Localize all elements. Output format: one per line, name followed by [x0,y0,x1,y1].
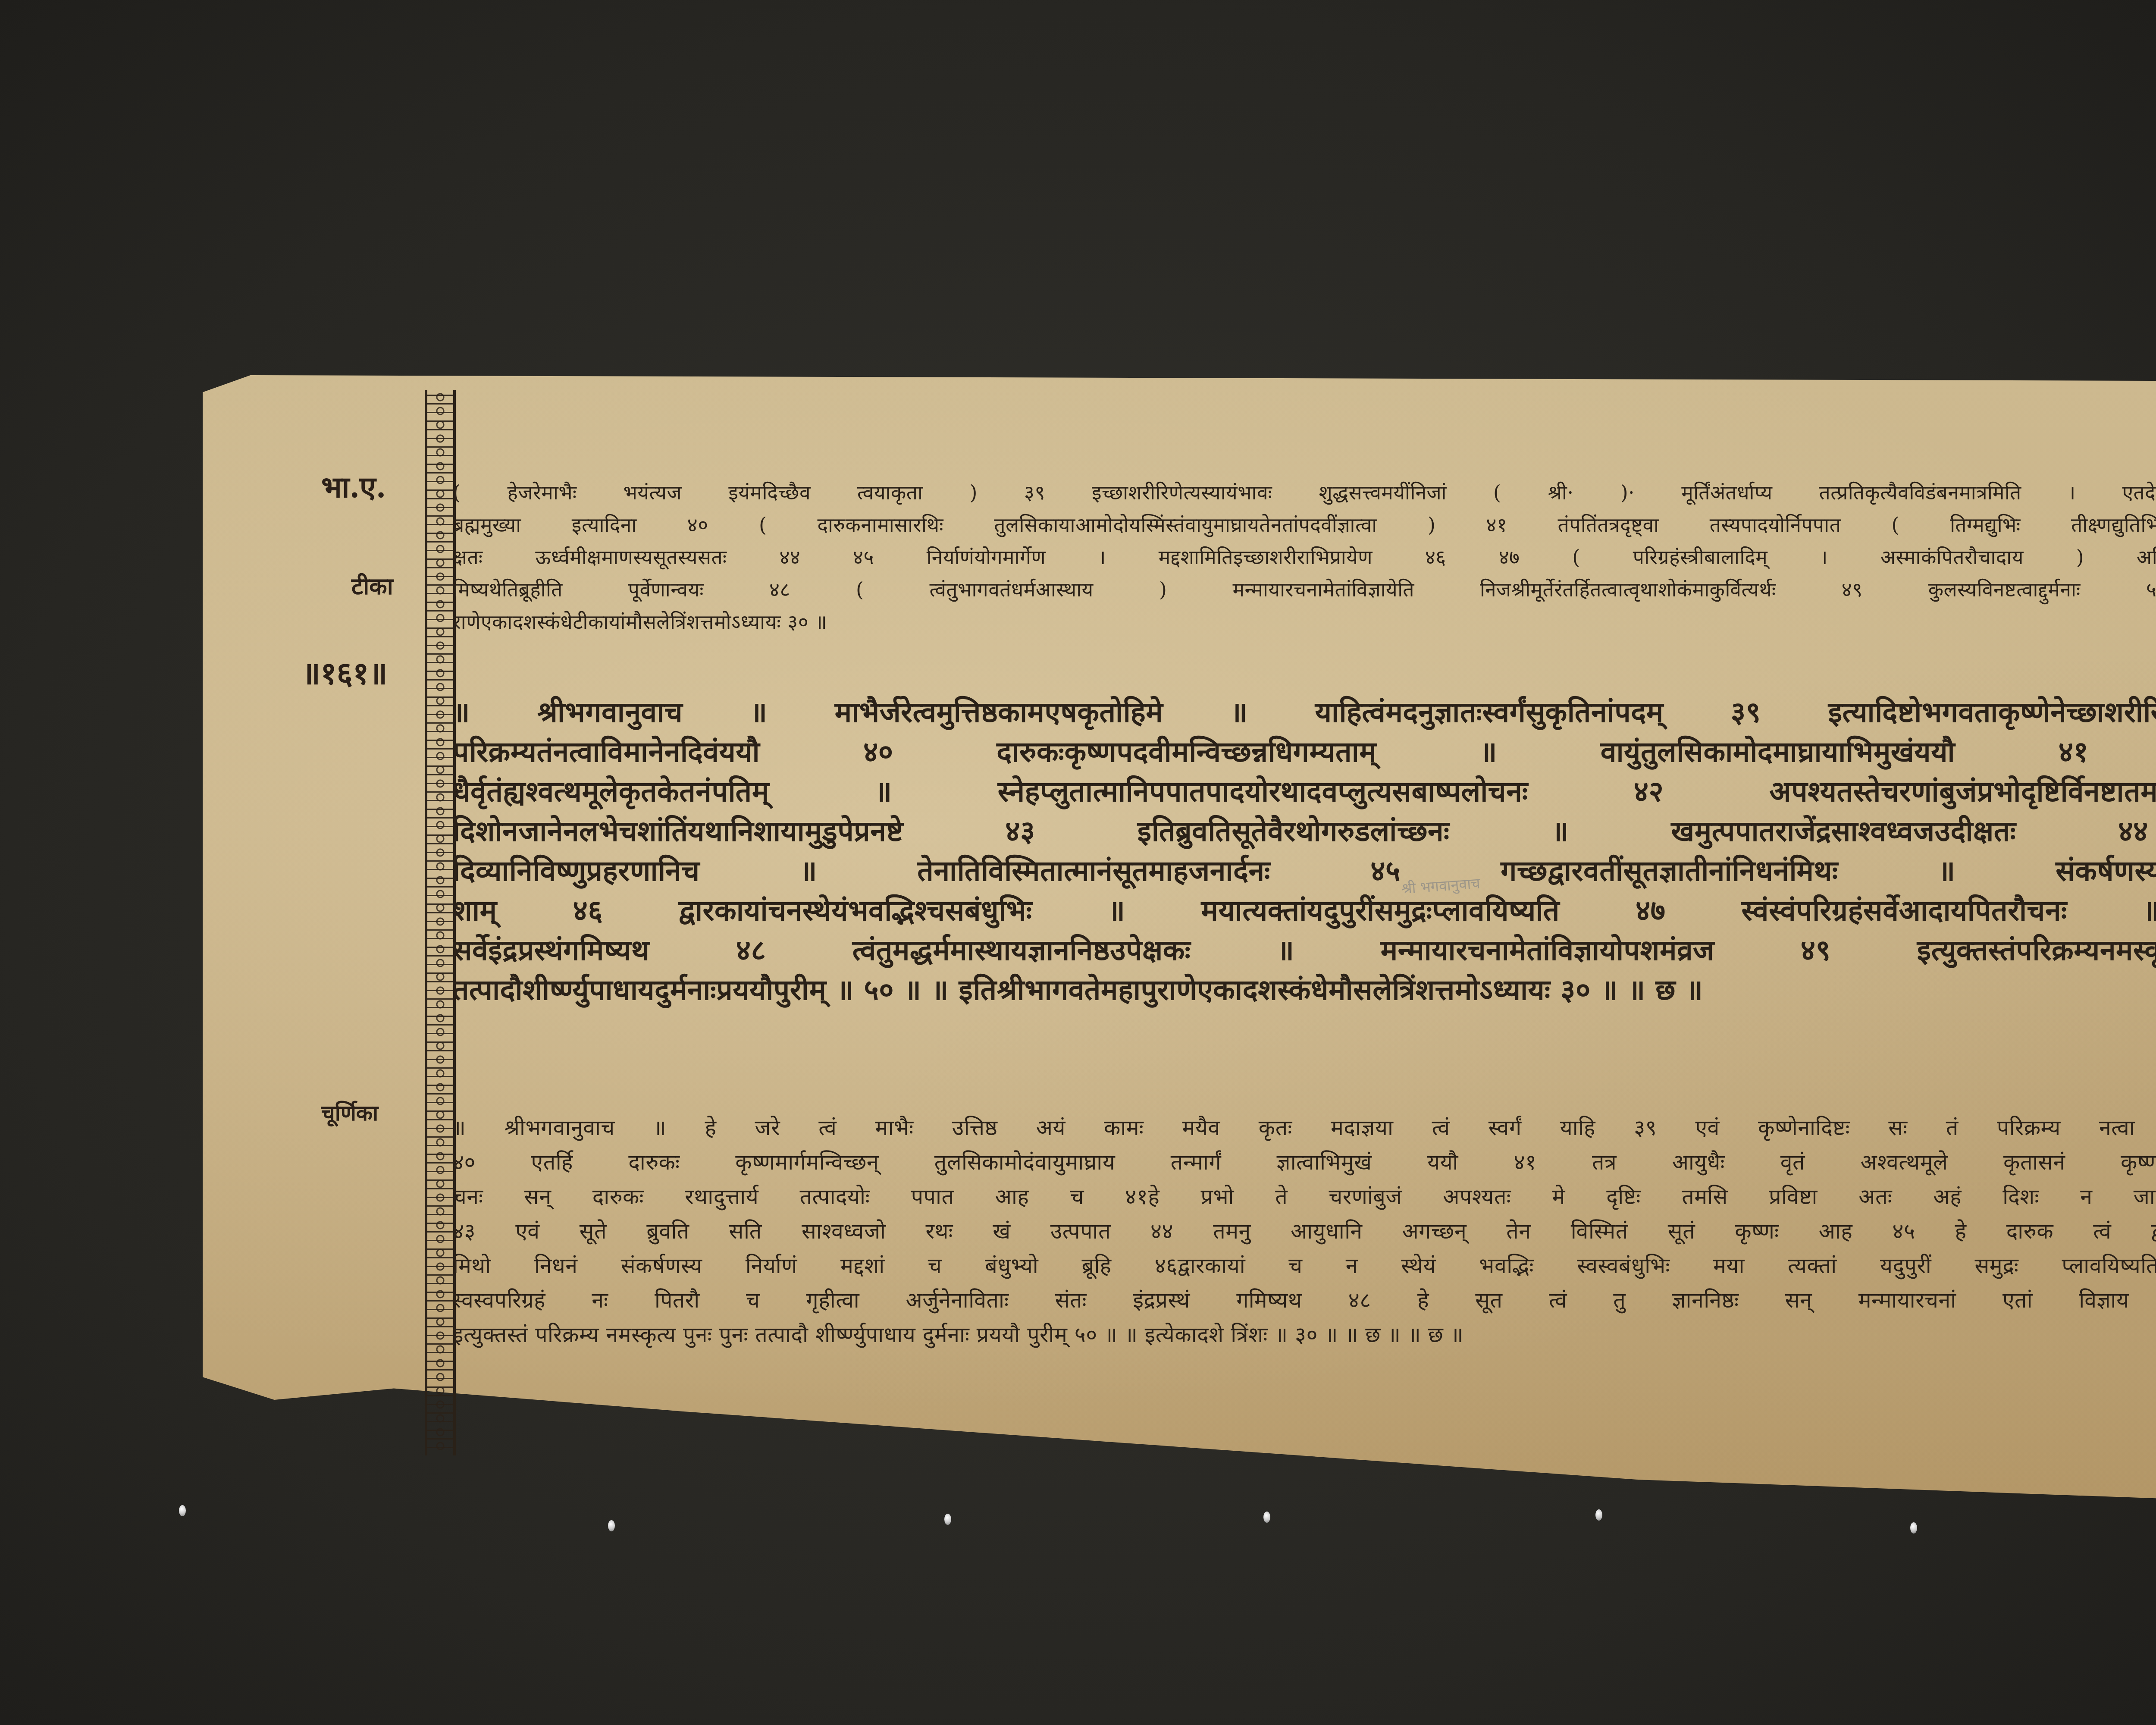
left-margin-page-number: ॥१६१॥ [302,651,388,693]
commentary-line: ब्रह्ममुख्या इत्यादिना ४० ( दारुकनामासार… [453,509,2156,541]
verse-block: ॥ श्रीभगवानुवाच ॥ माभैर्जरेत्वमुत्तिष्ठक… [453,692,2156,1010]
churnika-line: ॥ श्रीभगवानुवाच ॥ हे जरे त्वं माभैः उत्त… [453,1110,2156,1145]
left-ornamental-border [425,390,456,1455]
left-margin-churnika-label: चूर्णिका [321,1098,378,1127]
pin-icon [1263,1512,1270,1523]
verse-line: शाम् ४६ द्वारकायांचनस्थेयंभवद्भिश्चसबंधु… [453,891,2156,930]
churnika-line: ४० एतर्हि दारुकः कृष्णमार्गमन्विच्छन् तु… [453,1145,2156,1179]
verse-line: सर्वेइंद्रप्रस्थंगमिष्यथ ४८ त्वंतुमद्धर्… [453,930,2156,970]
churnika-block: ॥ श्रीभगवानुवाच ॥ हे जरे त्वं माभैः उत्त… [453,1110,2156,1352]
verse-line: तत्पादौशीर्ष्ण्युपाधायदुर्मनाःप्रययौपुरी… [453,970,2156,1010]
commentary-line: राणेएकादशस्कंधेटीकायांमौसलेत्रिंशत्तमोऽध… [453,606,2156,638]
churnika-line: ४३ एवं सूते ब्रुवति सति साश्वध्वजो रथः ख… [453,1214,2156,1248]
pin-icon [1910,1522,1917,1534]
churnika-line: स्वस्वपरिग्रहं नः पितरौ च गृहीत्वा अर्जु… [453,1283,2156,1317]
verse-line: ॥ श्रीभगवानुवाच ॥ माभैर्जरेत्वमुत्तिष्ठक… [453,692,2156,732]
left-margin-book-abbrev: भा.ए. [321,466,386,506]
pin-icon [179,1505,186,1516]
pin-icon [608,1520,615,1531]
commentary-line: ( हेजरेमाभैः भयंत्यज इयंमदिच्छैव त्वयाकृ… [453,477,2156,509]
churnika-line: इत्युक्तस्तं परिक्रम्य नमस्कृत्य पुनः पु… [453,1317,2156,1352]
commentary-block: ( हेजरेमाभैः भयंत्यज इयंमदिच्छैव त्वयाकृ… [453,477,2156,638]
verse-line: धैर्वृतंह्यश्वत्थमूलेकृतकेतनंपतिम् ॥ स्न… [453,772,2156,811]
left-margin-commentary-label: टीका [351,569,393,601]
churnika-line: मिथो निधनं संकर्षणस्य निर्याणं मद्दशां च… [453,1248,2156,1283]
commentary-line: मिष्यथेतिब्रूहीति पूर्वेणान्वयः ४८ ( त्व… [453,574,2156,606]
verse-line: परिक्रम्यतंनत्वाविमानेनदिवंययौ ४० दारुकः… [453,732,2156,772]
commentary-line: क्षतः ऊर्ध्वमीक्षमाणस्यसूतस्यसतः ४४ ४५ न… [453,541,2156,574]
pin-icon [1595,1509,1602,1521]
churnika-line: चनः सन् दारुकः रथादुत्तार्य तत्पादयोः पप… [453,1179,2156,1214]
pin-icon [944,1514,951,1525]
verse-line: दिशोनजानेनलभेचशांतिंयथानिशायामुडुपेप्रनष… [453,811,2156,851]
verse-line: दिव्यानिविष्णुप्रहरणानिच ॥ तेनातिविस्मित… [453,851,2156,891]
